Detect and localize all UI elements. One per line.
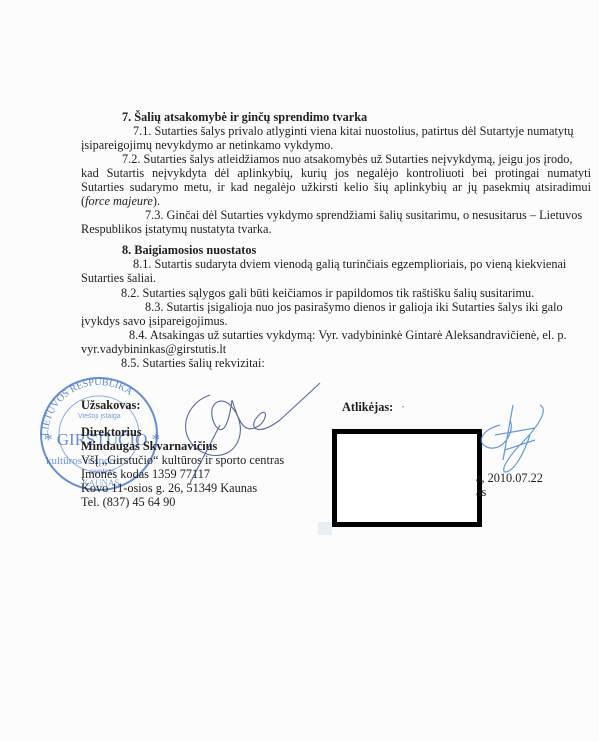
clause-8-4-line-1: 8.4. Atsakingas už sutarties vykdymą: Vy… [129, 328, 567, 342]
customer-signature-icon [170, 365, 330, 485]
clause-7-2-line-2: kad Sutartis neįvykdyta dėl aplinkybių, … [81, 166, 591, 180]
customer-title: Direktorius [81, 425, 142, 439]
customer-label: Užsakovas: [81, 398, 140, 412]
contractor-label: Atlikėjas: [342, 400, 393, 414]
contractor-city-fragment: as [476, 485, 486, 499]
clause-8-3-line-2: įvykdys savo įsipareigojimus. [81, 314, 228, 328]
contractor-mark: · [401, 400, 405, 414]
clause-7-1-line-1: 7.1. Sutarties šalys privalo atlyginti v… [133, 124, 574, 138]
contractor-signature-icon [475, 400, 555, 475]
clause-7-2-line-4: (force majeure). [81, 194, 160, 208]
paren-close: ). [153, 194, 160, 208]
clause-7-3-line-1: 7.3. Ginčai dėl Sutarties vykdymo sprend… [145, 208, 582, 222]
clause-7-2-line-3: Sutarties sudarymo metu, ir kad negalėjo… [81, 180, 591, 194]
clause-8-1-line-2: Sutarties šaliai. [81, 271, 156, 285]
clause-8-4-line-2: vyr.vadybininkas@girstutis.lt [81, 342, 226, 356]
redaction-box [332, 429, 482, 527]
clause-8-3-line-1: 8.3. Sutartis įsigalioja nuo jos pasiraš… [145, 300, 563, 314]
clause-7-1-line-2: įsipareigojimų nevykdymo ar netinkamo vy… [81, 138, 333, 152]
clause-7-3-line-2: Respublikos įstatymų nustatyta tvarka. [81, 222, 272, 236]
section-7-heading: 7. Šalių atsakomybė ir ginčų sprendimo t… [122, 110, 367, 124]
section-8-heading: 8. Baigiamosios nuostatos [122, 243, 256, 257]
scan-artifact [318, 522, 332, 535]
clause-8-1-line-1: 8.1. Sutartis sudaryta dviem vienodą gal… [133, 257, 566, 271]
clause-8-2: 8.2. Sutarties sąlygos gali būti keičiam… [121, 286, 534, 300]
svg-text:Viešoji įstaiga: Viešoji įstaiga [78, 413, 121, 420]
customer-phone: Tel. (837) 45 64 90 [81, 495, 175, 509]
clause-7-2-line-1: 7.2. Sutarties šalys atleidžiamos nuo at… [122, 152, 572, 166]
force-majeure-term: force majeure [85, 194, 153, 208]
